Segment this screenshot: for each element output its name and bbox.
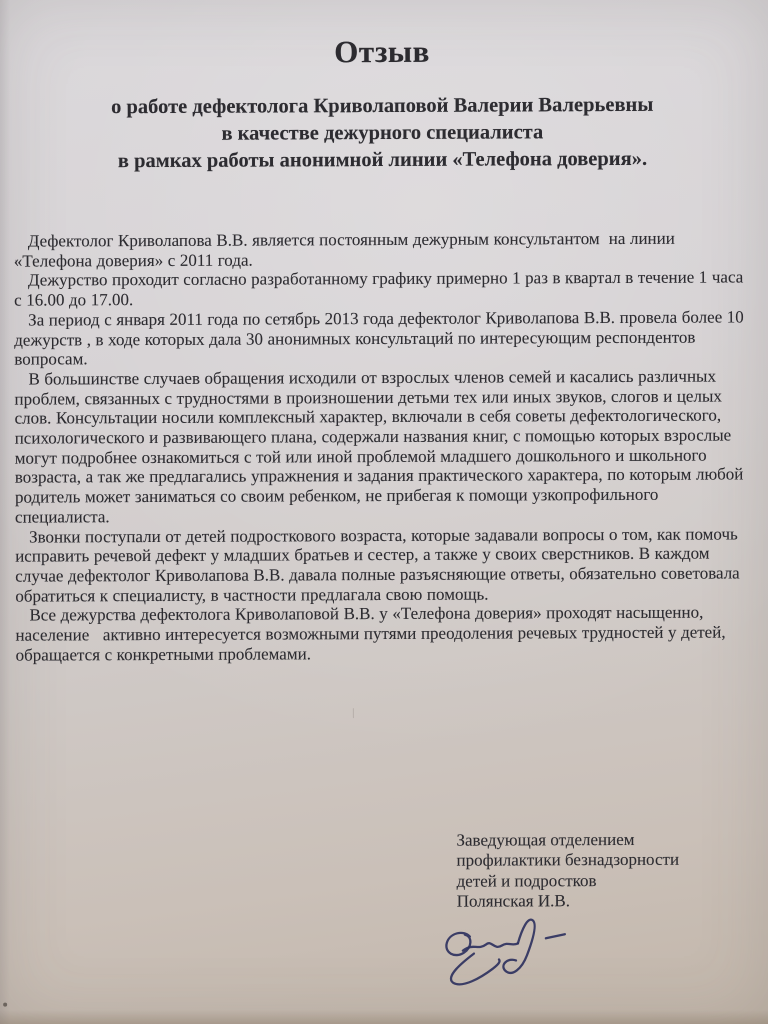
paper-speck <box>3 1003 7 1007</box>
document-subtitle: о работе дефектолога Криволаповой Валери… <box>0 91 767 175</box>
body-paragraph: Звонки поступали от детей подросткового … <box>15 524 749 606</box>
body-paragraph: Дефектолог Криволапова В.В. является пос… <box>14 228 748 271</box>
signature-block: Заведующая отделением профилактики безна… <box>456 830 679 912</box>
body-paragraph: Дежурство проходит согласно разработанно… <box>14 268 748 311</box>
document-title: Отзыв <box>0 32 766 71</box>
document-photo: Отзыв о работе дефектолога Криволаповой … <box>0 0 768 1024</box>
paper-fiber <box>353 708 354 718</box>
subtitle-line: о работе дефектолога Криволаповой Валери… <box>0 91 766 121</box>
subtitle-line: в качестве дежурного специалиста <box>0 118 766 148</box>
body-paragraph: В большинстве случаев обращения исходили… <box>14 366 749 527</box>
signatory-position-line: детей и подростков <box>457 870 680 891</box>
handwritten-signature <box>432 909 582 1005</box>
document-body: Дефектолог Криволапова В.В. является пос… <box>14 228 750 665</box>
signatory-position-line: профилактики безнадзорности <box>456 850 679 871</box>
signatory-position-line: Заведующая отделением <box>456 830 679 851</box>
body-paragraph: За период с января 2011 года по сетябрь … <box>14 307 748 369</box>
body-paragraph: Все дежурства дефектолога Криволаповой В… <box>15 603 749 665</box>
document-content: Отзыв о работе дефектолога Криволаповой … <box>0 0 768 1024</box>
subtitle-line: в рамках работы анонимной линии «Телефон… <box>0 145 767 175</box>
